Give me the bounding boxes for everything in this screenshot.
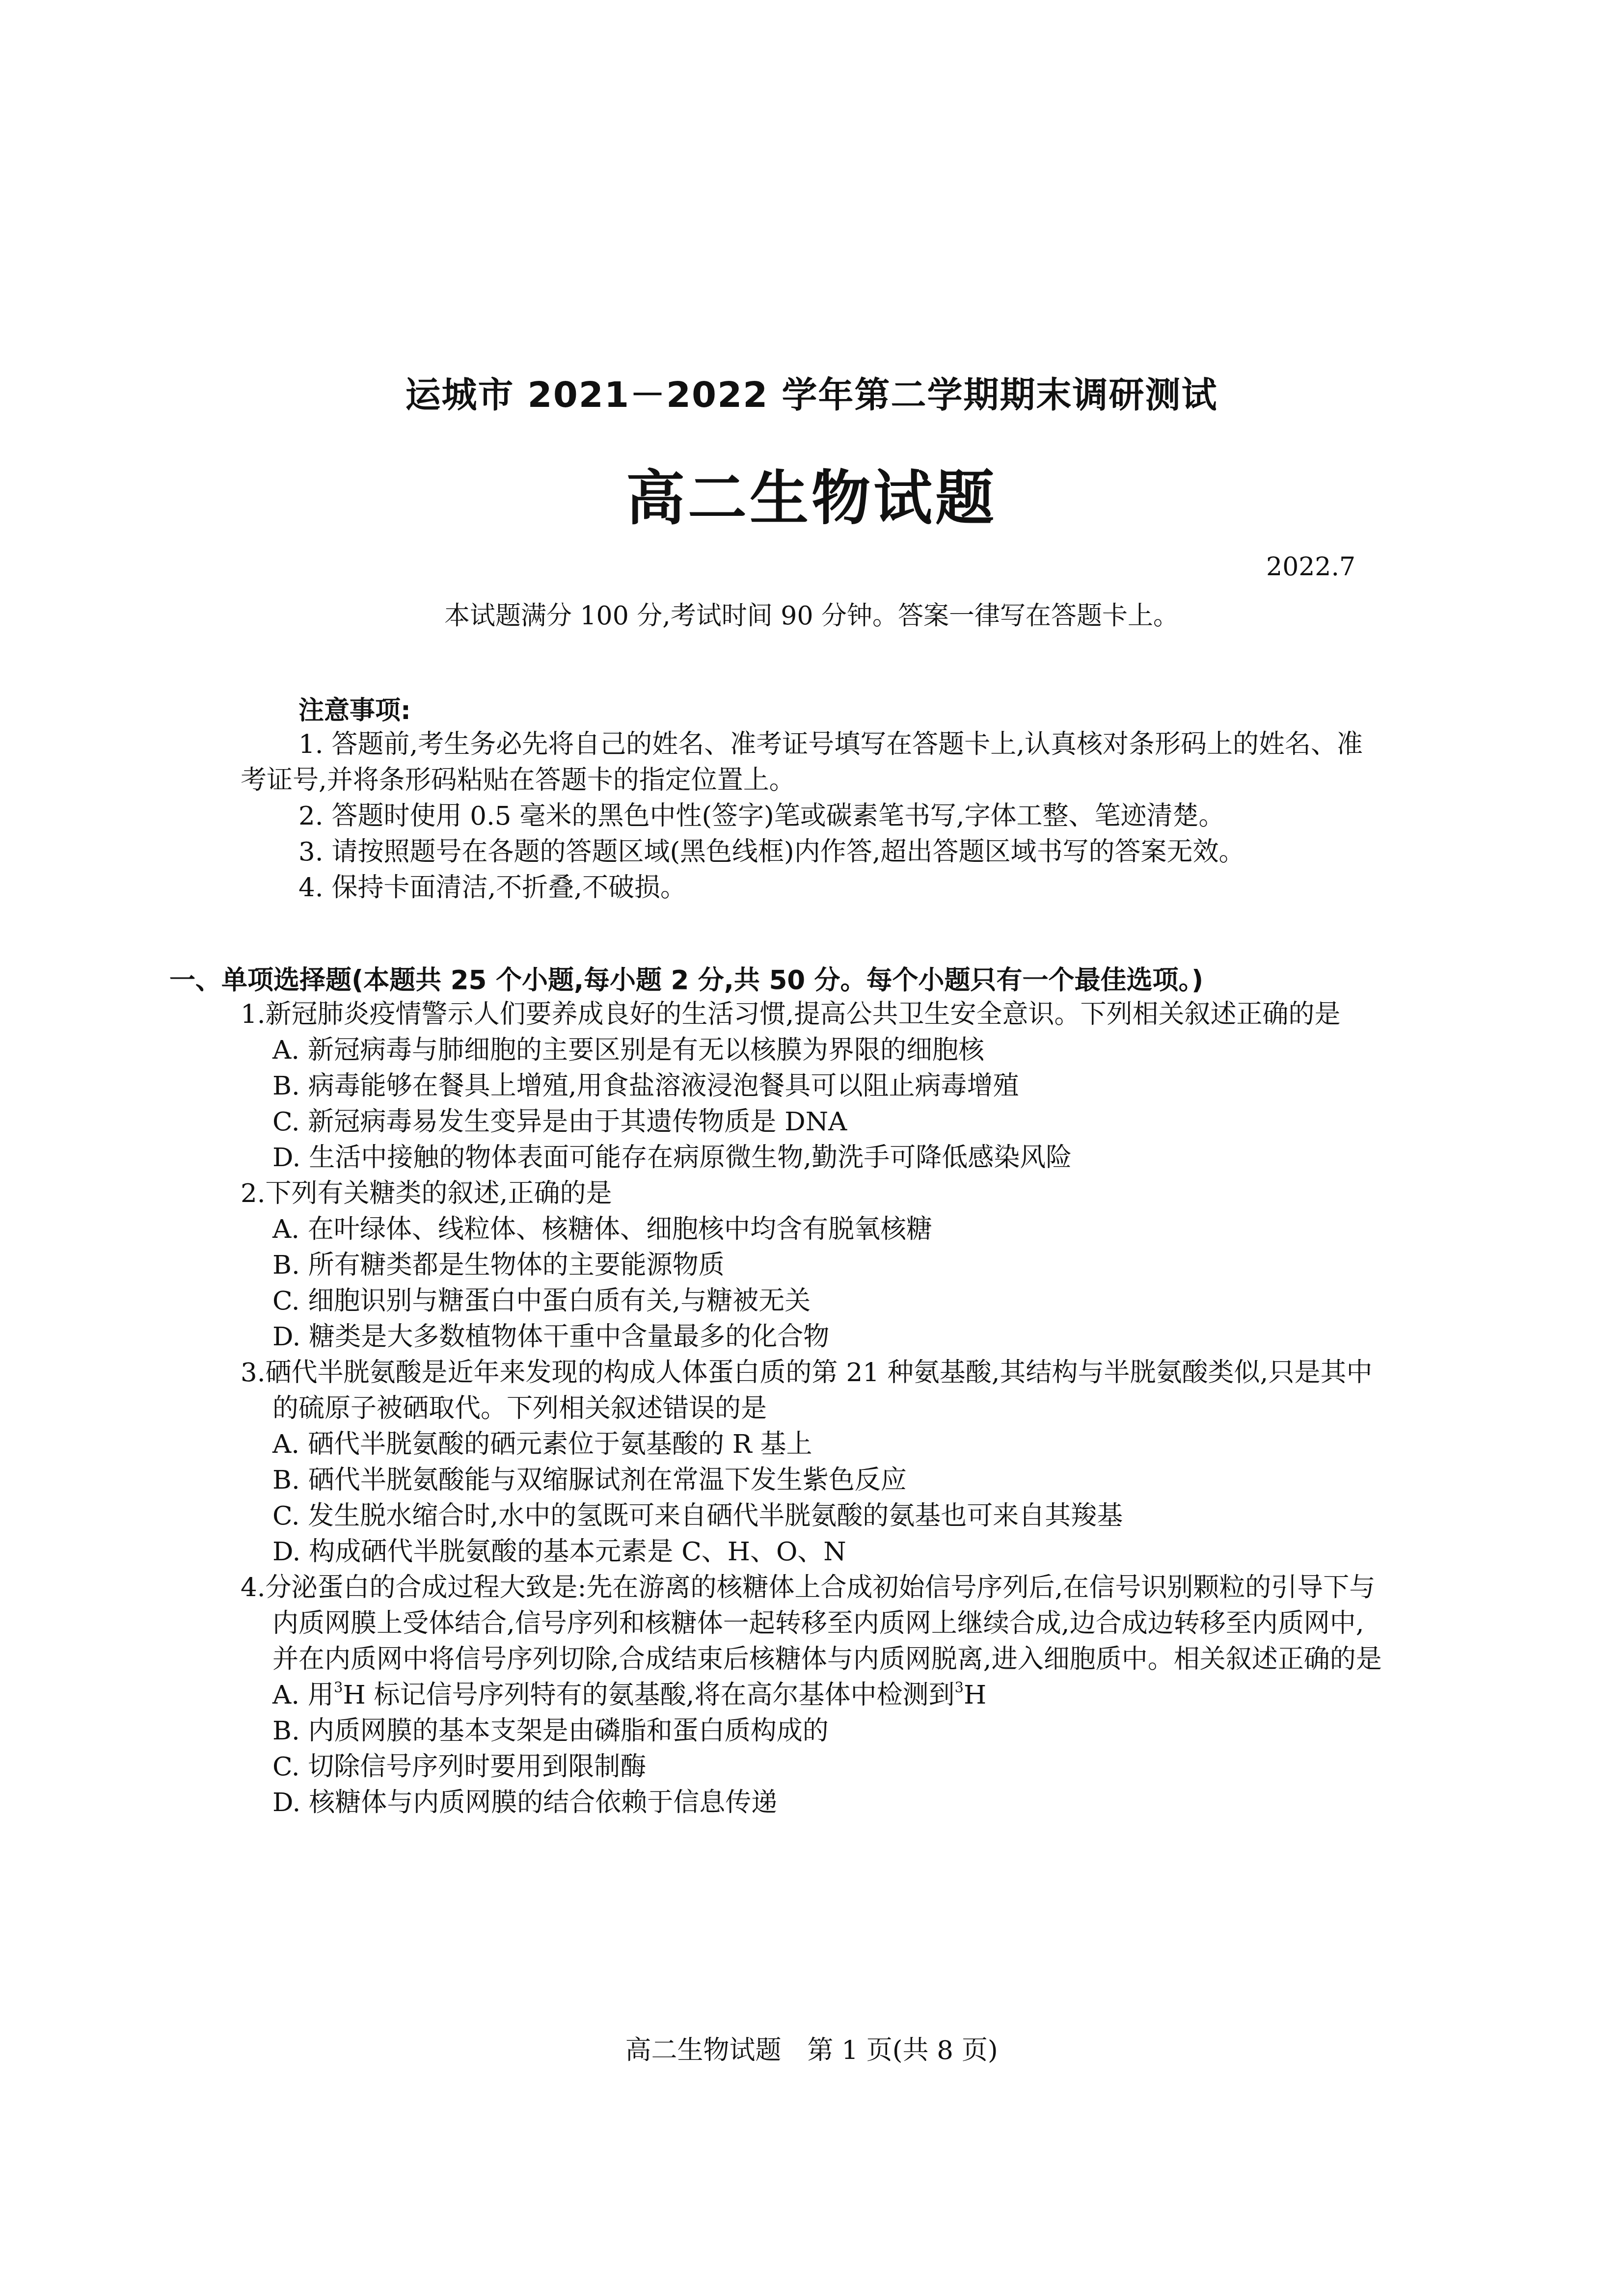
notice-heading: 注意事项:	[298, 690, 411, 726]
notice-item: 2. 答题时使用 0.5 毫米的黑色中性(签字)笔或碳素笔书写,字体工整、笔迹清…	[241, 798, 1387, 834]
question-number: 3.	[241, 1358, 266, 1388]
question-3: 3.硒代半胱氨酸是近年来发现的构成人体蛋白质的第 21 种氨基酸,其结构与半胱氨…	[241, 1355, 1389, 1570]
page-footer: 高二生物试题 第 1 页(共 8 页)	[0, 2029, 1623, 2067]
option-b: B. 内质网膜的基本支架是由磷脂和蛋白质构成的	[241, 1713, 1389, 1749]
option-b: B. 病毒能够在餐具上增殖,用食盐溶液浸泡餐具可以阻止病毒增殖	[241, 1068, 1389, 1104]
question-stem: 3.硒代半胱氨酸是近年来发现的构成人体蛋白质的第 21 种氨基酸,其结构与半胱氨…	[241, 1355, 1389, 1426]
question-number: 1.	[241, 999, 266, 1029]
question-stem: 2.下列有关糖类的叙述,正确的是	[241, 1175, 1389, 1211]
option-d: D. 构成硒代半胱氨酸的基本元素是 C、H、O、N	[241, 1534, 1389, 1570]
question-text: 分泌蛋白的合成过程大致是:先在游离的核糖体上合成初始信号序列后,在信号识别颗粒的…	[266, 1573, 1382, 1674]
option-c: C. 新冠病毒易发生变异是由于其遗传物质是 DNA	[241, 1104, 1389, 1140]
exam-title: 运城市 2021－2022 学年第二学期期末调研测试	[0, 366, 1623, 417]
option-c: C. 细胞识别与糖蛋白中蛋白质有关,与糖被无关	[241, 1283, 1389, 1319]
section-heading: 一、单项选择题(本题共 25 个小题,每小题 2 分,共 50 分。每个小题只有…	[169, 960, 1203, 997]
exam-date: 2022.7	[1266, 552, 1355, 582]
question-text: 新冠肺炎疫情警示人们要养成良好的生活习惯,提高公共卫生安全意识。下列相关叙述正确…	[266, 999, 1341, 1029]
question-stem: 4.分泌蛋白的合成过程大致是:先在游离的核糖体上合成初始信号序列后,在信号识别颗…	[241, 1570, 1389, 1677]
question-number: 4.	[241, 1573, 266, 1602]
option-c: C. 发生脱水缩合时,水中的氢既可来自硒代半胱氨酸的氨基也可来自其羧基	[241, 1498, 1389, 1534]
question-1: 1.新冠肺炎疫情警示人们要养成良好的生活习惯,提高公共卫生安全意识。下列相关叙述…	[241, 996, 1389, 1175]
option-d: D. 核糖体与内质网膜的结合依赖于信息传递	[241, 1785, 1389, 1820]
option-a: A. 硒代半胱氨酸的硒元素位于氨基酸的 R 基上	[241, 1426, 1389, 1462]
question-4: 4.分泌蛋白的合成过程大致是:先在游离的核糖体上合成初始信号序列后,在信号识别颗…	[241, 1570, 1389, 1820]
notice-list: 1. 答题前,考生务必先将自己的姓名、准考证号填写在答题卡上,认真核对条形码上的…	[241, 726, 1387, 906]
exam-info: 本试题满分 100 分,考试时间 90 分钟。答案一律写在答题卡上。	[0, 595, 1623, 632]
option-d: D. 生活中接触的物体表面可能存在病原微生物,勤洗手可降低感染风险	[241, 1140, 1389, 1175]
option-a: A. 用3H 标记信号序列特有的氨基酸,将在高尔基体中检测到3H	[241, 1677, 1389, 1713]
question-text: 硒代半胱氨酸是近年来发现的构成人体蛋白质的第 21 种氨基酸,其结构与半胱氨酸类…	[266, 1358, 1373, 1423]
subject-title: 高二生物试题	[0, 452, 1623, 536]
option-c: C. 切除信号序列时要用到限制酶	[241, 1749, 1389, 1785]
notice-item: 1. 答题前,考生务必先将自己的姓名、准考证号填写在答题卡上,认真核对条形码上的…	[241, 726, 1387, 798]
question-text: 下列有关糖类的叙述,正确的是	[266, 1178, 612, 1208]
question-number: 2.	[241, 1178, 266, 1208]
notice-item: 4. 保持卡面清洁,不折叠,不破损。	[241, 870, 1387, 906]
option-a: A. 在叶绿体、线粒体、核糖体、细胞核中均含有脱氧核糖	[241, 1211, 1389, 1247]
question-stem: 1.新冠肺炎疫情警示人们要养成良好的生活习惯,提高公共卫生安全意识。下列相关叙述…	[241, 996, 1389, 1032]
question-2: 2.下列有关糖类的叙述,正确的是 A. 在叶绿体、线粒体、核糖体、细胞核中均含有…	[241, 1175, 1389, 1355]
question-list: 1.新冠肺炎疫情警示人们要养成良好的生活习惯,提高公共卫生安全意识。下列相关叙述…	[241, 996, 1389, 1820]
option-b: B. 所有糖类都是生物体的主要能源物质	[241, 1247, 1389, 1283]
notice-item: 3. 请按照题号在各题的答题区域(黑色线框)内作答,超出答题区域书写的答案无效。	[241, 834, 1387, 870]
option-a: A. 新冠病毒与肺细胞的主要区别是有无以核膜为界限的细胞核	[241, 1032, 1389, 1068]
option-b: B. 硒代半胱氨酸能与双缩脲试剂在常温下发生紫色反应	[241, 1462, 1389, 1498]
option-d: D. 糖类是大多数植物体干重中含量最多的化合物	[241, 1319, 1389, 1355]
